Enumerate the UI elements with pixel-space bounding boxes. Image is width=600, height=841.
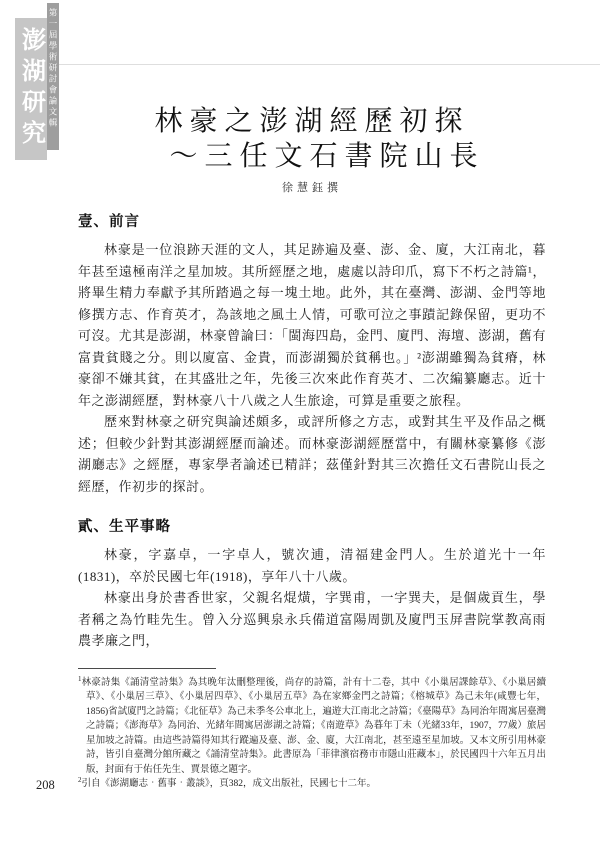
page: 澎湖研究 第一屆學術研討會論文輯 林豪之澎湖經歷初探 ～三任文石書院山長 徐慧鈺… [0, 0, 600, 841]
footnote-text: 引自《澎湖廳志‧舊事‧叢談》，頁382，成文出版社，民國七十二年。 [82, 779, 377, 789]
section-heading-biography: 貳、生平事略 [78, 515, 546, 536]
footnote-separator [78, 668, 216, 669]
article: 林豪之澎湖經歷初探 ～三任文石書院山長 徐慧鈺撰 壹、前言 林豪是一位浪跡天涯的… [78, 103, 546, 792]
body-paragraph: 林豪出身於書香世家，父親名焜熿，字巽甫，一字巽夫，是個歲貢生，學者稱之為竹畦先生… [78, 587, 546, 652]
series-title: 澎湖研究 [14, 27, 49, 151]
body-paragraph: 歷來對林豪之研究與論述頗多，或評所修之方志，或對其生平及作品之概述；但較少針對其… [78, 411, 546, 497]
footnote-text: 林豪詩集《誦清堂詩集》為其晚年汰刪整理後，尚存的詩篇，計有十二卷，其中《小巢居課… [82, 678, 547, 775]
section-heading-foreword: 壹、前言 [78, 210, 546, 231]
footnote-item: 1林豪詩集《誦清堂詩集》為其晚年汰刪整理後，尚存的詩篇，計有十二卷，其中《小巢居… [78, 676, 546, 778]
series-subtitle-strip: 第一屆學術研討會論文輯 [47, 3, 59, 150]
series-subtitle: 第一屆學術研討會論文輯 [47, 8, 59, 150]
series-title-box: 澎湖研究 [15, 18, 47, 160]
body-paragraph: 林豪是一位浪跡天涯的文人，其足跡遍及臺、澎、金、廈，大江南北，暮年甚至遠極南洋之… [78, 239, 546, 411]
footnote-item: 2引自《澎湖廳志‧舊事‧叢談》，頁382，成文出版社，民國七十二年。 [78, 777, 546, 792]
article-author: 徐慧鈺撰 [78, 179, 546, 195]
header-rule [59, 64, 600, 65]
page-number: 208 [36, 778, 55, 793]
article-title-line1: 林豪之澎湖經歷初探 [78, 103, 546, 138]
article-title-line2: ～三任文石書院山長 [78, 138, 546, 173]
footnotes: 1林豪詩集《誦清堂詩集》為其晚年汰刪整理後，尚存的詩篇，計有十二卷，其中《小巢居… [78, 668, 546, 792]
body-paragraph: 林豪，字嘉卓，一字卓人，號次逋，清福建金門人。生於道光十一年(1831)，卒於民… [78, 544, 546, 587]
